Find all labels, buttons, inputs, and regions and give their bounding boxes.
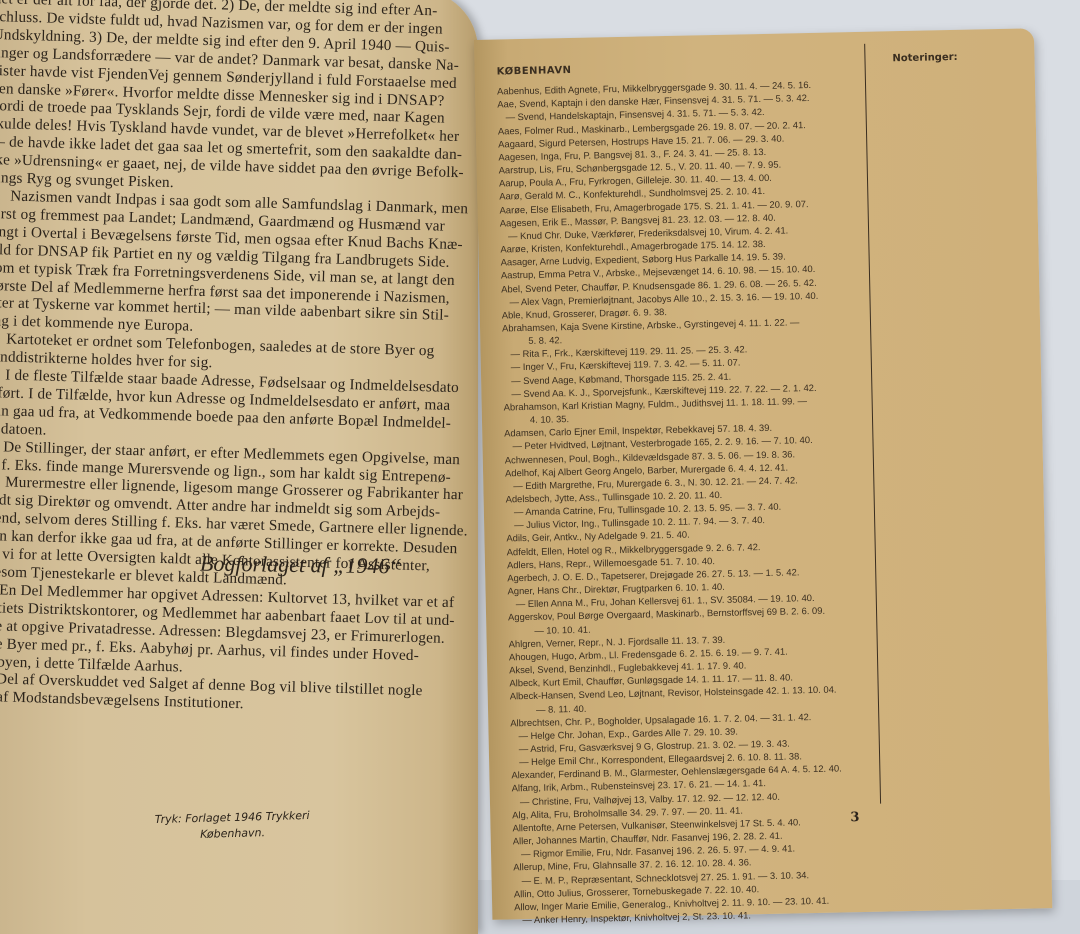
left-page-body: det er der alt for faa, der gjorde det. … bbox=[0, 0, 468, 719]
publisher-signature: Bogforlaget af „1946“ bbox=[200, 551, 402, 580]
right-page: KØBENHAVN Aabenhus, Edith Agnete, Fru, M… bbox=[474, 28, 1052, 920]
member-directory: KØBENHAVN Aabenhus, Edith Agnete, Fru, M… bbox=[497, 58, 875, 927]
notes-heading: Noteringer: bbox=[892, 52, 957, 64]
page-number: 3 bbox=[850, 810, 859, 825]
directory-entries: Aabenhus, Edith Agnete, Fru, Mikkelbrygg… bbox=[497, 77, 875, 926]
left-page: det er der alt for faa, der gjorde det. … bbox=[0, 0, 478, 934]
printer-imprint: Tryk: Forlaget 1946 Trykkeri København. bbox=[155, 808, 311, 844]
city-heading: KØBENHAVN bbox=[497, 58, 857, 79]
